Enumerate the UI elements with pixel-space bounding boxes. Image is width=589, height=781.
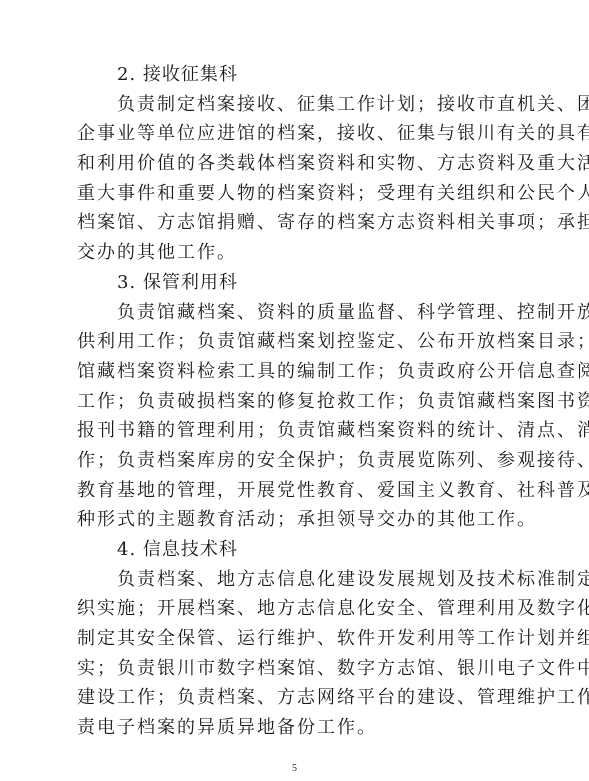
document-page: 2. 接收征集科 负责制定档案接收、征集工作计划；接收市直机关、团体、 企事业等… <box>77 60 519 743</box>
paragraph-line: 织实施；开展档案、地方志信息化安全、管理利用及数字化研究， <box>77 594 519 624</box>
paragraph-line: 建设工作；负责档案、方志网络平台的建设、管理维护工作；负 <box>77 683 519 713</box>
section-heading-storage-utilization: 3. 保管利用科 <box>77 268 519 298</box>
paragraph-line: 和利用价值的各类载体档案资料和实物、方志资料及重大活动、 <box>77 149 519 179</box>
paragraph-line: 交办的其他工作。 <box>77 238 519 268</box>
paragraph-line: 重大事件和重要人物的档案资料；受理有关组织和公民个人向市 <box>77 179 519 209</box>
paragraph-line: 责电子档案的异质异地备份工作。 <box>77 713 519 743</box>
paragraph-line: 工作；负责破损档案的修复抢救工作；负责馆藏档案图书资料、 <box>77 387 519 417</box>
paragraph-line: 报刊书籍的管理利用；负责馆藏档案资料的统计、清点、消杀工 <box>77 416 519 446</box>
paragraph-line: 负责档案、地方志信息化建设发展规划及技术标准制定并组 <box>77 565 519 595</box>
paragraph-line: 供利用工作；负责馆藏档案划控鉴定、公布开放档案目录；负责 <box>77 327 519 357</box>
paragraph-line: 教育基地的管理，开展党性教育、爱国主义教育、社科普及等多 <box>77 476 519 506</box>
section-heading-information-technology: 4. 信息技术科 <box>77 535 519 565</box>
paragraph-line: 作；负责档案库房的安全保护；负责展览陈列、参观接待、各种 <box>77 446 519 476</box>
paragraph-line: 负责馆藏档案、资料的质量监督、科学管理、控制开放和提 <box>77 298 519 328</box>
paragraph-line: 档案馆、方志馆捐赠、寄存的档案方志资料相关事项；承担领导 <box>77 208 519 238</box>
paragraph-line: 制定其安全保管、运行维护、软件开发利用等工作计划并组织落 <box>77 624 519 654</box>
page-number: 5 <box>0 763 589 774</box>
paragraph-line: 企事业等单位应进馆的档案，接收、征集与银川有关的具有保存 <box>77 119 519 149</box>
paragraph-line: 种形式的主题教育活动；承担领导交办的其他工作。 <box>77 505 519 535</box>
section-heading-receiving-collection: 2. 接收征集科 <box>77 60 519 90</box>
paragraph-line: 负责制定档案接收、征集工作计划；接收市直机关、团体、 <box>77 90 519 120</box>
paragraph-line: 实；负责银川市数字档案馆、数字方志馆、银川电子文件中心的 <box>77 654 519 684</box>
paragraph-line: 馆藏档案资料检索工具的编制工作；负责政府公开信息查阅中心 <box>77 357 519 387</box>
